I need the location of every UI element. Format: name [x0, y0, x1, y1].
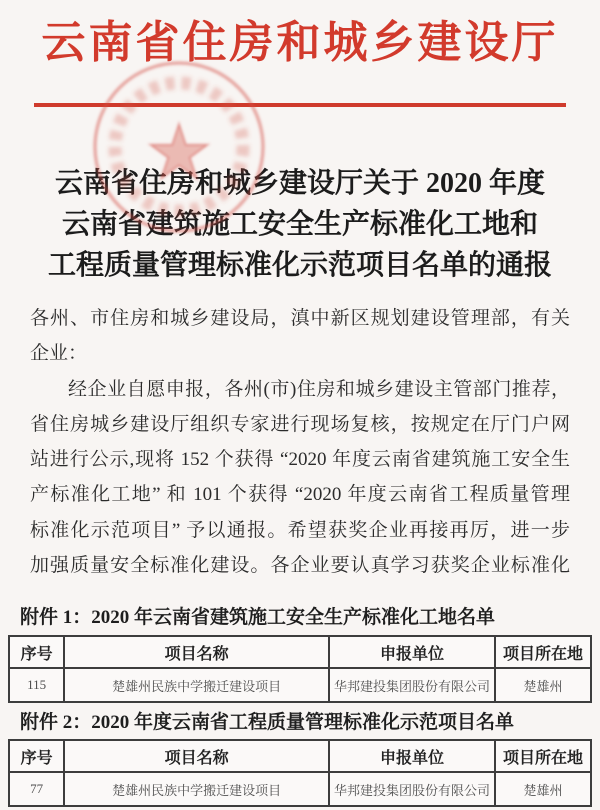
- cell-project: 楚雄州民族中学搬迁建设项目: [64, 668, 329, 702]
- column-header-unit: 申报单位: [329, 740, 495, 772]
- column-header-project: 项目名称: [64, 740, 329, 772]
- agency-masthead: 云南省住房和城乡建设厅: [0, 6, 600, 70]
- document-title-line: 工程质量管理标准化示范项目名单的通报: [30, 245, 570, 286]
- body-line: 加强质量安全标准化建设。各企业要认真学习获奖企业标准化: [30, 548, 570, 583]
- cell-seq: 77: [9, 772, 64, 806]
- table-header-row: 序号 项目名称 申报单位 项目所在地: [9, 740, 591, 772]
- attachment1-label: 附件 1：2020 年云南省建筑施工安全生产标准化工地名单: [20, 602, 495, 629]
- attachment1-table: 序号 项目名称 申报单位 项目所在地 115 楚雄州民族中学搬迁建设项目 华邦建…: [8, 635, 592, 703]
- cell-unit: 华邦建投集团股份有限公司: [329, 668, 495, 702]
- cell-location: 楚雄州: [495, 772, 591, 806]
- cell-project: 楚雄州民族中学搬迁建设项目: [64, 772, 329, 806]
- attachment2-label: 附件 2：2020 年度云南省工程质量管理标准化示范项目名单: [20, 707, 514, 734]
- masthead-divider-rule: [34, 103, 566, 107]
- scanned-document-page: 云南省住房和城乡建设厅 云南省住房和城乡建设厅关于 2020 年度 云南省建筑施…: [0, 0, 600, 810]
- body-line: 企业：: [30, 336, 570, 371]
- cell-seq: 115: [9, 668, 64, 702]
- column-header-seq: 序号: [9, 740, 64, 772]
- cell-location: 楚雄州: [495, 668, 591, 702]
- column-header-location: 项目所在地: [495, 636, 591, 668]
- table-row: 77 楚雄州民族中学搬迁建设项目 华邦建投集团股份有限公司 楚雄州: [9, 772, 591, 806]
- body-line: 经企业自愿申报，各州(市)住房和城乡建设主管部门推荐，: [30, 372, 570, 407]
- body-line: 省住房城乡建设厅组织专家进行现场复核，按规定在厅门户网: [30, 407, 570, 442]
- cell-unit: 华邦建投集团股份有限公司: [329, 772, 495, 806]
- column-header-project: 项目名称: [64, 636, 329, 668]
- column-header-seq: 序号: [9, 636, 64, 668]
- document-body: 各州、市住房和城乡建设局，滇中新区规划建设管理部，有关 企业： 经企业自愿申报，…: [30, 301, 570, 583]
- column-header-location: 项目所在地: [495, 740, 591, 772]
- attachment2-table: 序号 项目名称 申报单位 项目所在地 77 楚雄州民族中学搬迁建设项目 华邦建投…: [8, 739, 592, 807]
- body-line: 各州、市住房和城乡建设局，滇中新区规划建设管理部，有关: [30, 301, 570, 336]
- body-line: 产标准化工地” 和 101 个获得 “2020 年度云南省工程质量管理: [30, 477, 570, 512]
- column-header-unit: 申报单位: [329, 636, 495, 668]
- document-title-line: 云南省住房和城乡建设厅关于 2020 年度: [30, 163, 570, 204]
- document-title-line: 云南省建筑施工安全生产标准化工地和: [30, 204, 570, 245]
- body-line: 标准化示范项目” 予以通报。希望获奖企业再接再厉，进一步: [30, 513, 570, 548]
- table-header-row: 序号 项目名称 申报单位 项目所在地: [9, 636, 591, 668]
- table-row: 115 楚雄州民族中学搬迁建设项目 华邦建投集团股份有限公司 楚雄州: [9, 668, 591, 702]
- document-title: 云南省住房和城乡建设厅关于 2020 年度 云南省建筑施工安全生产标准化工地和 …: [30, 163, 570, 286]
- body-line: 站进行公示,现将 152 个获得 “2020 年度云南省建筑施工安全生: [30, 442, 570, 477]
